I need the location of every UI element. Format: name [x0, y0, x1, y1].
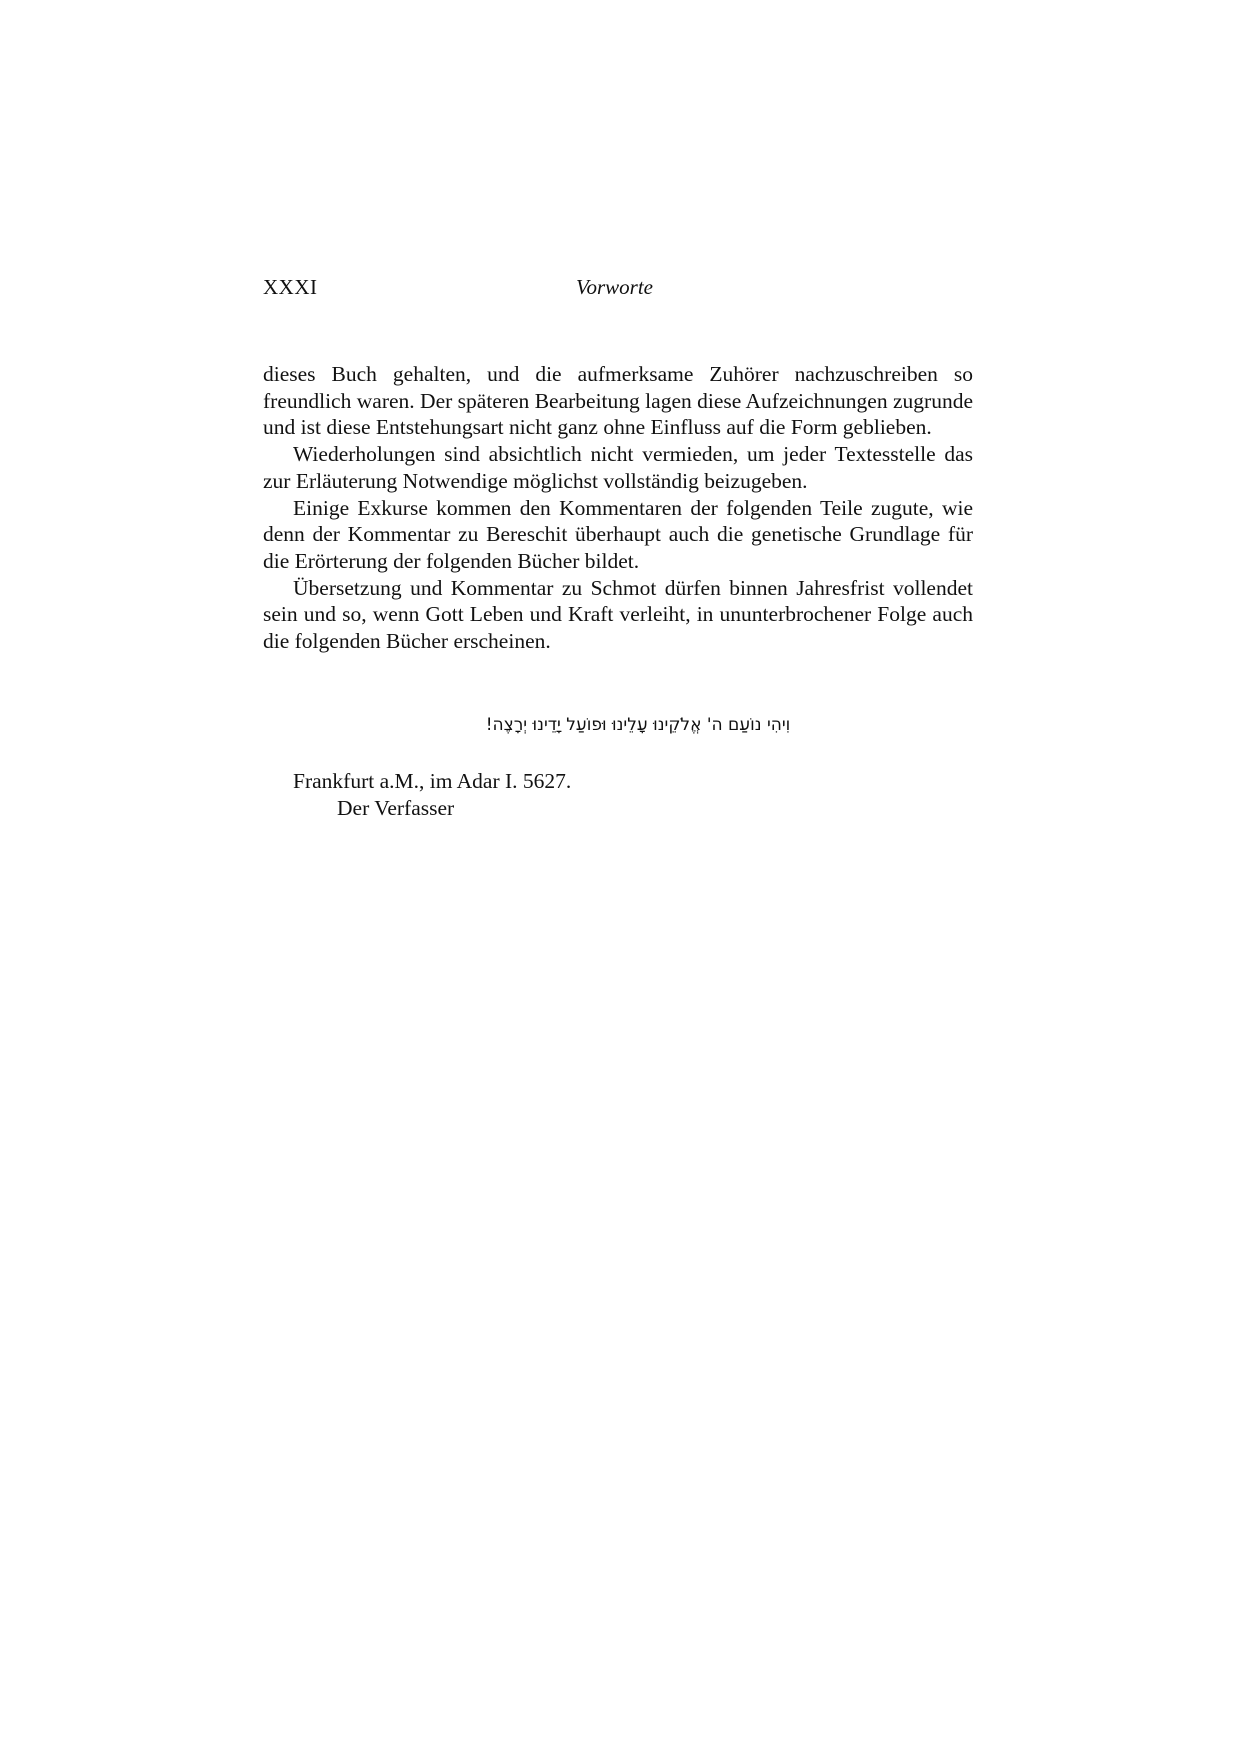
paragraph: dieses Buch gehalten, und die aufmerksam…: [263, 361, 973, 441]
running-head: XXXI Vorworte: [263, 272, 973, 302]
place-and-date: Frankfurt a.M., im Adar I. 5627.: [293, 768, 571, 795]
page-number: XXXI: [263, 272, 318, 302]
document-page: XXXI Vorworte dieses Buch gehalten, und …: [0, 0, 1240, 1754]
paragraph: Übersetzung und Kommentar zu Schmot dürf…: [263, 575, 973, 655]
paragraph: Wiederholungen sind absichtlich nicht ve…: [263, 441, 973, 494]
section-title: Vorworte: [576, 272, 653, 302]
paragraph: Einige Exkurse kommen den Kommentaren de…: [263, 495, 973, 575]
hebrew-verse: וִיהִי נוֹעַם ה' אֱלֹקֵינוּ עָלֵינוּ וּפ…: [263, 712, 973, 738]
closing-block: Frankfurt a.M., im Adar I. 5627. Der Ver…: [293, 768, 571, 822]
body-text: dieses Buch gehalten, und die aufmerksam…: [263, 361, 973, 655]
signature: Der Verfasser: [293, 795, 571, 822]
